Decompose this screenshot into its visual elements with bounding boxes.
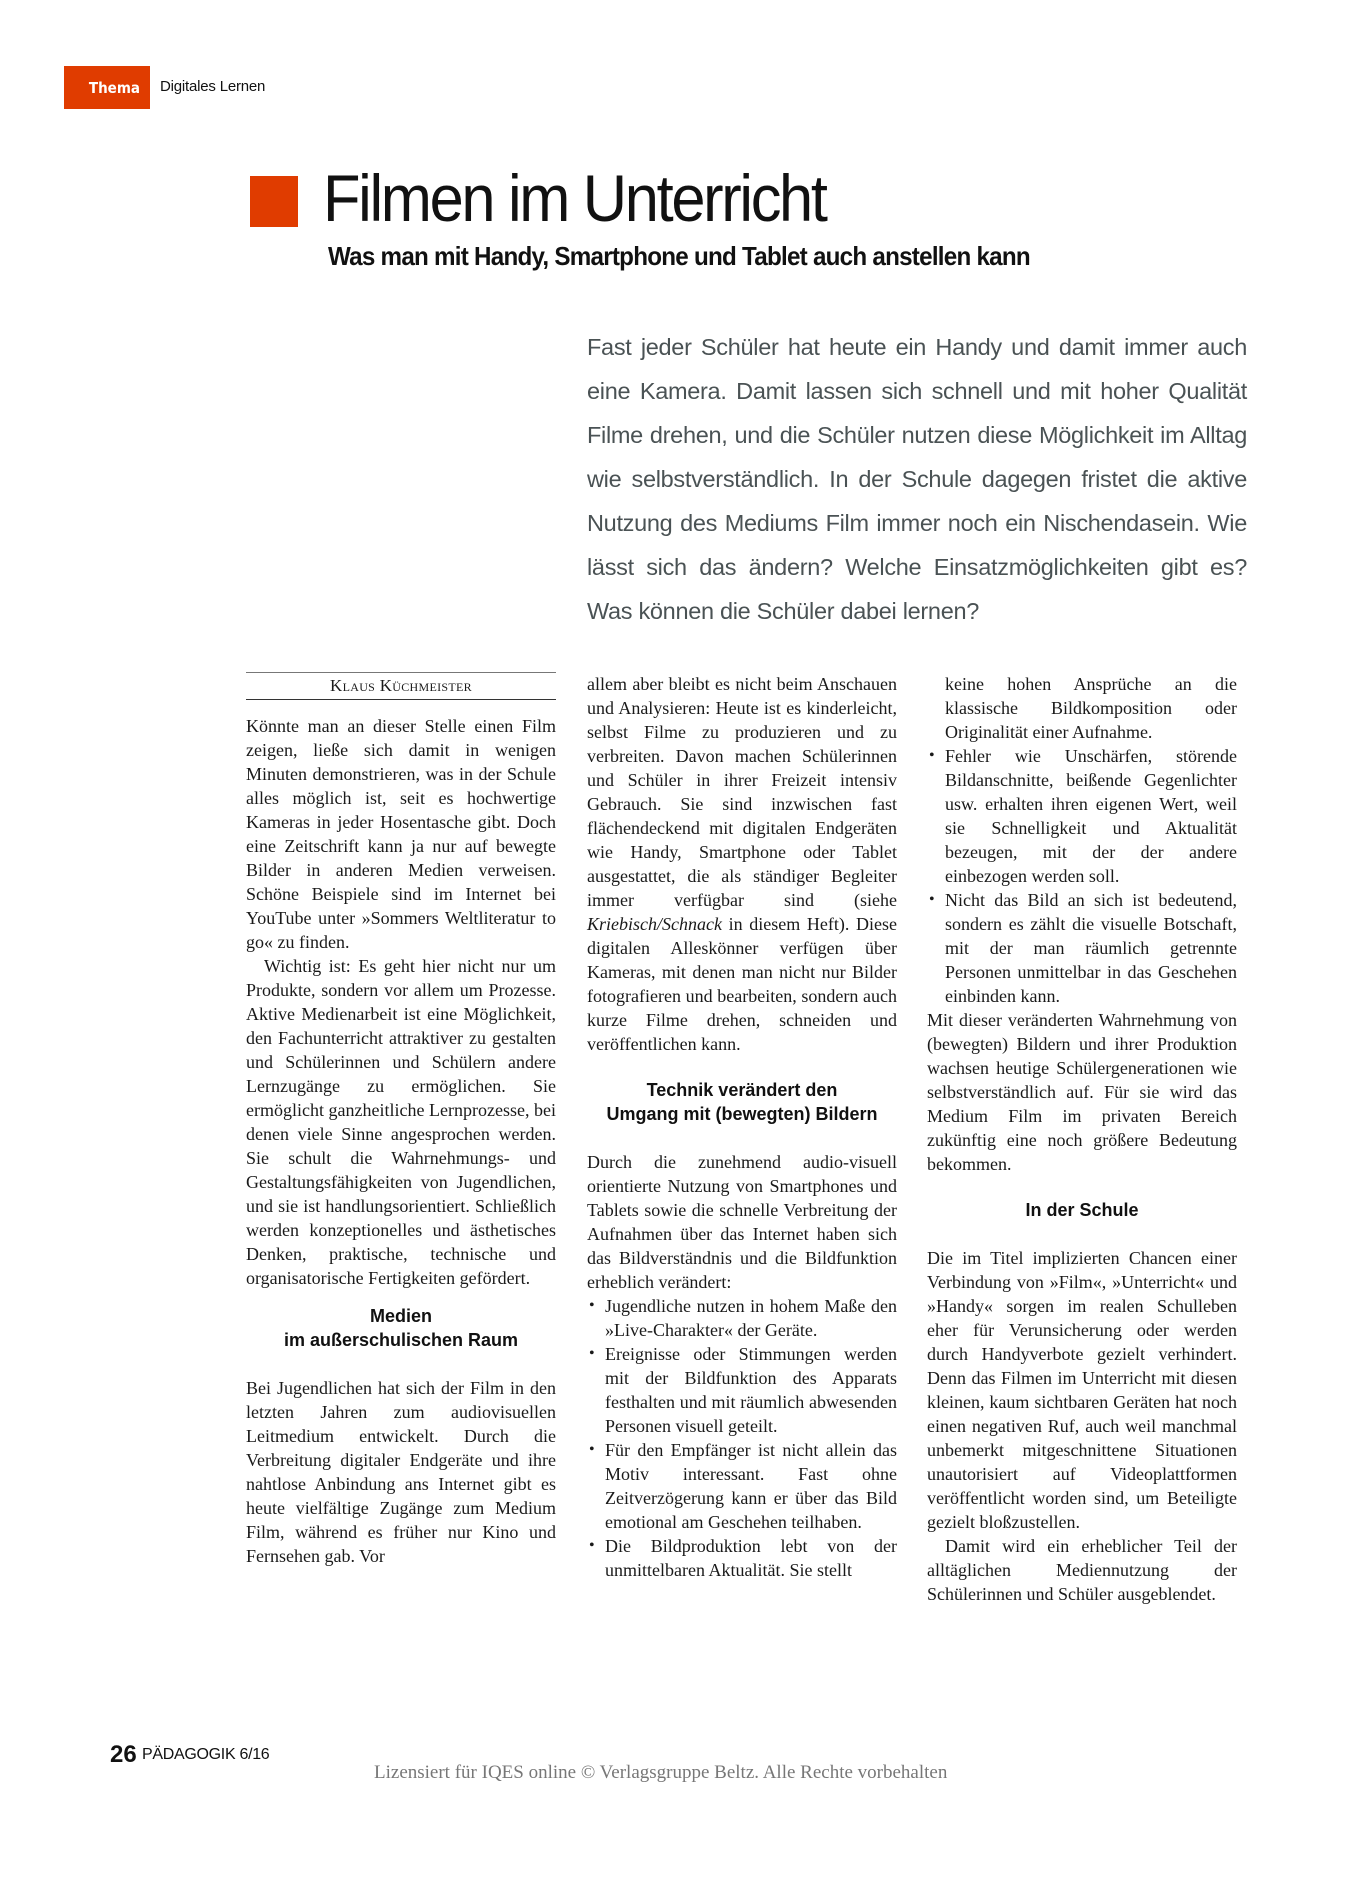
list-item: Ereignisse oder Stimmungen wer­den mit d… xyxy=(587,1342,897,1438)
author-byline: Klaus Küchmeister xyxy=(246,672,556,700)
paragraph: Damit wird ein erheblicher Teil der allt… xyxy=(927,1534,1237,1606)
bullet-list: Jugendliche nutzen in hohem Maße den »Li… xyxy=(587,1294,897,1582)
text-span: allem aber bleibt es nicht beim An­schau… xyxy=(587,674,897,910)
column-1: Klaus Küchmeister Könnte man an dieser S… xyxy=(246,672,556,1568)
paragraph: Durch die zunehmend audio-visu­ell orien… xyxy=(587,1150,897,1294)
paragraph: Wichtig ist: Es geht hier nicht nur um P… xyxy=(246,954,556,1290)
article-subtitle: Was man mit Handy, Smartphone und Tablet… xyxy=(328,241,1030,272)
section-tag: Thema xyxy=(64,66,150,109)
section-label: Digitales Lernen xyxy=(160,78,265,95)
page-number: 26 xyxy=(110,1741,137,1769)
subheading: In der Schule xyxy=(927,1198,1237,1222)
subheading-line: Medien xyxy=(370,1306,432,1326)
paragraph: Bei Jugendlichen hat sich der Film in de… xyxy=(246,1376,556,1568)
paragraph: Mit dieser veränderten Wahrneh­mung von … xyxy=(927,1008,1237,1176)
list-item-continuation: keine hohen Ansprüche an die klassische … xyxy=(927,672,1237,744)
subheading-line: Umgang mit (bewegten) Bildern xyxy=(606,1104,877,1124)
list-item: Fehler wie Unschärfen, stören­de Bildans… xyxy=(927,744,1237,888)
paragraph: Die im Titel implizierten Chancen ei­ner… xyxy=(927,1246,1237,1534)
bullet-list: Fehler wie Unschärfen, stören­de Bildans… xyxy=(927,744,1237,1008)
subheading-line: im außerschulischen Raum xyxy=(284,1330,518,1350)
text-span: in diesem Heft). Diese digitalen Alles­k… xyxy=(587,914,897,1054)
list-item: Nicht das Bild an sich ist bedeu­tend, s… xyxy=(927,888,1237,1008)
author-reference: Kriebisch/Schnack xyxy=(587,914,722,934)
license-notice: Lizensiert für IQES online © Verlagsgrup… xyxy=(374,1762,947,1784)
list-item: Die Bildproduktion lebt von der unmittel… xyxy=(587,1534,897,1582)
magazine-issue: PÄDAGOGIK 6/16 xyxy=(142,1746,269,1764)
paragraph: allem aber bleibt es nicht beim An­schau… xyxy=(587,672,897,1056)
article-lead: Fast jeder Schüler hat heute ein Handy u… xyxy=(587,325,1247,633)
lead-text: Fast jeder Schüler hat heute ein Handy u… xyxy=(587,325,1247,633)
article-title: Filmen im Unterricht xyxy=(323,158,826,238)
section-tag-label: Thema xyxy=(89,79,140,97)
subheading: Medien im außerschulischen Raum xyxy=(246,1304,556,1352)
column-2: allem aber bleibt es nicht beim An­schau… xyxy=(587,672,897,1582)
list-item: Für den Empfänger ist nicht allein das M… xyxy=(587,1438,897,1534)
list-item: Jugendliche nutzen in hohem Maße den »Li… xyxy=(587,1294,897,1342)
subheading-line: Technik verändert den xyxy=(647,1080,838,1100)
column-3: keine hohen Ansprüche an die klassische … xyxy=(927,672,1237,1606)
subheading: Technik verändert den Umgang mit (bewegt… xyxy=(587,1078,897,1126)
title-square-icon xyxy=(250,176,298,227)
paragraph: Könnte man an dieser Stelle einen Film z… xyxy=(246,714,556,954)
